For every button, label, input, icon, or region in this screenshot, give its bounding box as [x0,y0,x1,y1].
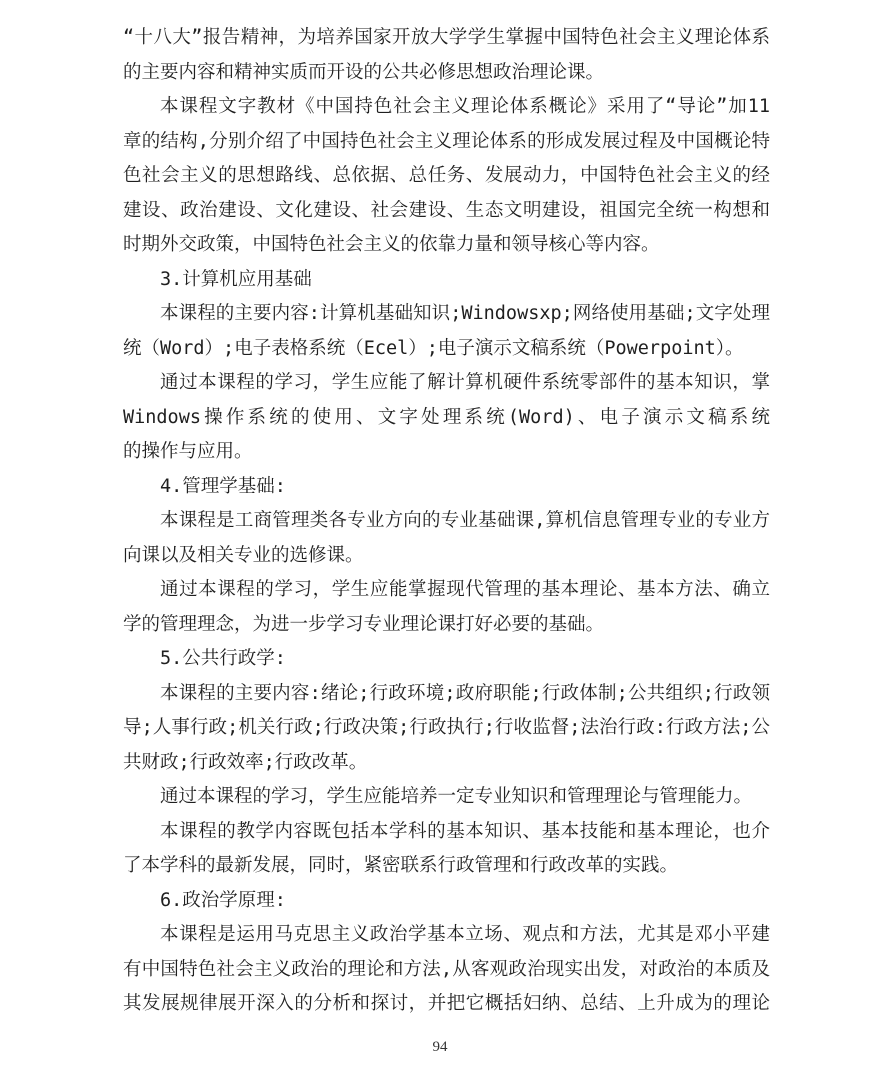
text-line: 时期外交政策，中国特色社会主义的依靠力量和领导核心等内容。 [123,228,770,263]
text-line: 向课以及相关专业的选修课。 [123,539,770,574]
text-line: 其发展规律展开深入的分析和探讨，并把它概括妇纳、总结、上升成为的理论形 [123,987,770,1022]
text-line: 章的结构,分别介绍了中国持色社会主义理论体系的形成发展过程及中国概论特 [123,125,770,160]
text-line: 了本学科的最新发展，同时，紧密联系行政管理和行政改革的实践。 [123,849,770,884]
text-line: 共财政;行政效率;行政改革。 [123,746,770,781]
text-line: 6.政治学原理: [123,884,770,919]
text-line: 通过本课程的学习，学生应能了解计算机硬件系统零部件的基本知识，掌握 [123,366,770,401]
document-body: “十八大”报告精神，为培养国家开放大学学生掌握中国特色社会主义理论体系的主要内容… [123,21,770,1022]
text-line: 导;人事行政;机关行政;行政决策;行政执行;行收监督;法治行政:行政方法;公 [123,711,770,746]
text-line: “十八大”报告精神，为培养国家开放大学学生掌握中国特色社会主义理论体系 [123,21,770,56]
text-line: 通过本课程的学习，学生应能培养一定专业知识和管理理论与管理能力。 [123,780,770,815]
text-line: 本课程文字教材《中国持色社会主义理论体系概论》采用了“导论”加11 [123,90,770,125]
text-line: 有中国特色社会主义政治的理论和方法,从客观政治现实出发，对政治的本质及 [123,953,770,988]
page-number: 94 [433,1039,448,1055]
text-line: Windows操作系统的使用、文字处理系统(Word)、电子演示文稿系统(Pow… [123,401,770,436]
text-line: 建设、政治建设、文化建设、社会建设、生态文明建设，祖国完全统一构想和新 [123,194,770,229]
text-line: 本课程的主要内容:绪论;行政环境;政府职能;行政体制;公共组织;行政领 [123,677,770,712]
text-line: 本课程是工商管理类各专业方向的专业基础课,算机信息管理专业的专业方 [123,504,770,539]
text-line: 本课程的教学内容既包括本学科的基本知识、基本技能和基本理论，也介绍 [123,815,770,850]
text-line: 通过本课程的学习，学生应能掌握现代管理的基本理论、基本方法、确立科 [123,573,770,608]
text-line: 5.公共行政学: [123,642,770,677]
text-line: 的主要内容和精神实质而开设的公共必修思想政治理论课。 [123,56,770,91]
text-line: 本课程是运用马克思主义政治学基本立场、观点和方法，尤其是邓小平建设 [123,918,770,953]
text-line: 色社会主义的思想路线、总依据、总任务、发展动力，中国特色社会主义的经济 [123,159,770,194]
text-line: 3.计算机应用基础 [123,263,770,298]
text-line: 学的管理理念，为进一步学习专业理论课打好必要的基础。 [123,608,770,643]
page-footer: 94 [0,1036,880,1056]
text-line: 的操作与应用。 [123,435,770,470]
text-line: 本课程的主要内容:计算机基础知识;Windowsxp;网络使用基础;文字处理系 [123,297,770,332]
text-line: 统（Word）;电子表格系统（Ecel）;电子演示文稿系统（Powerpoint… [123,332,770,367]
document-page: “十八大”报告精神，为培养国家开放大学学生掌握中国特色社会主义理论体系的主要内容… [0,0,880,1084]
text-line: 4.管理学基础: [123,470,770,505]
